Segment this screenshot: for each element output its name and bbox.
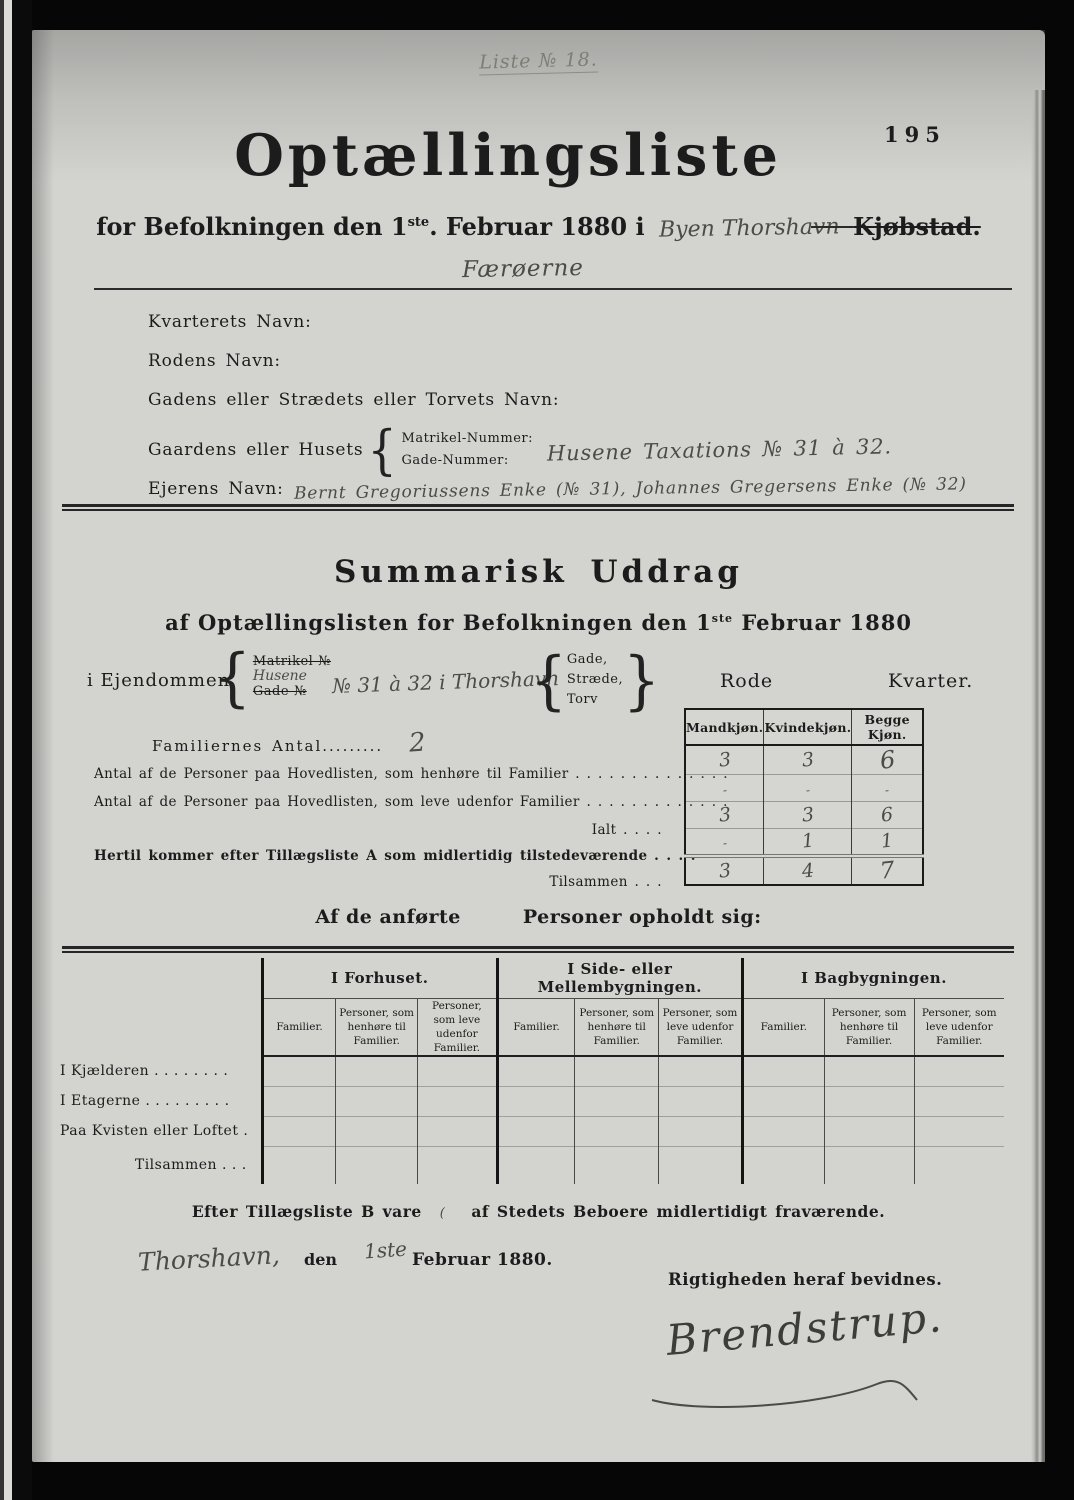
- row-label-etagerne: I Etagerne . . . . . . . . .: [60, 1086, 262, 1116]
- handwritten-value: 3: [718, 803, 732, 826]
- col-mandkjon: Mandkjøn.: [685, 709, 764, 745]
- scan-background: Liste № 18. 195 Optællingsliste for Befo…: [0, 0, 1074, 1500]
- location-subheader-row: Familier. Personer, som henhøre til Fami…: [60, 998, 1004, 1056]
- handwritten-ejendom-value: № 31 à 32 i Thorshavn: [332, 666, 560, 698]
- counts-values-row-tillaegA: - 1 1: [685, 829, 923, 856]
- group-mellembygning: I Side- eller Mellembygningen.: [497, 958, 742, 998]
- matrikel-nummer-label: Matrikel-Nummer:: [402, 428, 533, 450]
- left-brace: {: [214, 645, 251, 709]
- binding-strip-white: [4, 0, 12, 1500]
- struck-kjobstad-label: Kjøbstad.: [853, 212, 981, 241]
- sub-udenfor: Personer, som leve udenfor Familier.: [659, 998, 743, 1056]
- double-rule-2: [62, 946, 1014, 953]
- left-brace: {: [530, 648, 567, 712]
- signature-flourish: [642, 1288, 942, 1418]
- handwritten-dash: -: [722, 836, 728, 850]
- location-row-kvisten: Paa Kvisten eller Loftet .: [60, 1116, 1004, 1146]
- counts-header-row: Mandkjøn. Kvindekjøn. Begge Kjøn.: [685, 709, 923, 745]
- handwritten-family-count: 2: [408, 727, 429, 758]
- gaardens-husets-field: Gaardens eller Husets { Matrikel-Nummer:…: [148, 427, 988, 473]
- counts-row-label-tillaegA: Hertil kommer efter Tillægsliste A som m…: [94, 848, 696, 864]
- right-brace: }: [623, 648, 660, 712]
- counts-values-row-ialt: 3 3 6: [685, 802, 923, 829]
- matrikel-brace-group: { Matrikel-№ Husene Gade-№: [214, 648, 331, 706]
- signature-block: Brendstrup.: [642, 1288, 942, 1418]
- page-title: Optællingsliste: [32, 122, 984, 189]
- rodens-navn-field: Rodens Navn:: [148, 351, 988, 371]
- group-forhuset: I Forhuset.: [262, 958, 497, 998]
- handwritten-place: Byen Thorshavn: [658, 214, 839, 242]
- counts-values-row-1: 3 3 6: [685, 745, 923, 775]
- ejerens-label: Ejerens Navn:: [148, 479, 284, 499]
- row-label-kvisten: Paa Kvisten eller Loftet .: [60, 1116, 262, 1146]
- form-fields: Kvarterets Navn: Rodens Navn: Gadens ell…: [148, 312, 988, 499]
- subtitle-printed: for Befolkningen den 1ste. Februar 1880 …: [96, 212, 644, 241]
- sub-familier: Familier.: [497, 998, 575, 1056]
- sub-udenfor: Personer, som leve udenfor Familier.: [914, 998, 1004, 1056]
- handwritten-dash: -: [722, 783, 728, 797]
- gade-straede-torv-stack: Gade, Stræde, Torv: [567, 650, 623, 710]
- handwritten-value: 1: [880, 830, 894, 853]
- left-brace: {: [363, 424, 401, 477]
- counts-row-label-ialt: Ialt . . . .: [432, 822, 662, 838]
- handwritten-value: 3: [718, 748, 732, 771]
- counts-values-row-tilsammen: 3 4 7: [685, 856, 923, 885]
- gadens-navn-field: Gadens eller Strædets eller Torvets Navn…: [148, 390, 988, 410]
- counts-row-label-2: Antal af de Personer paa Hovedlisten, so…: [94, 794, 728, 810]
- handwritten-value: 3: [718, 859, 732, 882]
- kvarter-label: Kvarter.: [888, 670, 973, 692]
- sub-familier: Familier.: [262, 998, 336, 1056]
- row-label-kjaelderen: I Kjælderen . . . . . . . .: [60, 1056, 262, 1086]
- group-bagbygning: I Bagbygningen.: [742, 958, 1004, 998]
- binding-strip-black: [12, 0, 32, 1500]
- handwritten-list-number: Liste № 18.: [32, 37, 1045, 86]
- handwritten-value: 6: [880, 803, 894, 826]
- date-printed: Februar 1880.: [412, 1250, 553, 1270]
- matrikel-gade-stack: Matrikel-№ Husene Gade-№: [253, 654, 331, 700]
- struck-gade-no: Gade-№: [253, 684, 331, 700]
- location-row-tilsammen: Tilsammen . . .: [60, 1146, 1004, 1184]
- tillaegsliste-b-line: Efter Tillægsliste B vare(af Stedets Beb…: [32, 1202, 1045, 1221]
- row-label-tilsammen: Tilsammen . . .: [60, 1146, 262, 1184]
- handwritten-value: 3: [801, 803, 815, 826]
- col-beggekjon: Begge Kjøn.: [852, 709, 923, 745]
- handwritten-dash: -: [884, 783, 890, 797]
- col-kvindekjon: Kvindekjøn.: [764, 709, 852, 745]
- handwritten-date-day: 1ste: [363, 1237, 407, 1264]
- sub-henhore: Personer, som henhøre til Familier.: [336, 998, 418, 1056]
- handwritten-faroe: Færøerne: [462, 255, 584, 283]
- opholdt-heading: Af de anførte Personer opholdt sig:: [32, 906, 1045, 928]
- handwritten-house-numbers: Husene Taxations № 31 à 32.: [547, 434, 892, 465]
- counts-summary-section: Familiernes Antal.........2 Antal af de …: [32, 706, 1045, 906]
- location-row-kjaelderen: I Kjælderen . . . . . . . .: [60, 1056, 1004, 1086]
- ejerens-navn-field: Ejerens Navn: Bernt Gregoriussens Enke (…: [148, 479, 988, 499]
- summary-heading: Summarisk Uddrag: [32, 554, 1045, 590]
- sub-henhore: Personer, som henhøre til Familier.: [575, 998, 659, 1056]
- gade-straede-torv-group: { Gade, Stræde, Torv }: [530, 650, 660, 710]
- attestation-label: Rigtigheden heraf bevidnes.: [668, 1270, 942, 1289]
- nummer-labels: Matrikel-Nummer: Gade-Nummer:: [402, 428, 533, 472]
- double-rule-1: [62, 504, 1014, 511]
- gaardens-label: Gaardens eller Husets: [148, 440, 363, 460]
- sub-henhore: Personer, som henhøre til Familier.: [824, 998, 914, 1056]
- gade-nummer-label: Gade-Nummer:: [402, 450, 533, 472]
- counts-table: Mandkjøn. Kvindekjøn. Begge Kjøn. 3 3 6 …: [684, 708, 924, 886]
- handwritten-value: 6: [878, 745, 896, 774]
- handwritten-value: 3: [801, 748, 815, 771]
- counts-row-label-1: Antal af de Personer paa Hovedlisten, so…: [94, 766, 728, 782]
- location-table: I Forhuset. I Side- eller Mellembygninge…: [60, 958, 1004, 1184]
- handwritten-value: 1: [801, 830, 815, 853]
- handwritten-dash: -: [805, 783, 811, 797]
- handwritten-value: 4: [801, 859, 815, 882]
- summary-subheading: af Optællingslisten for Befolkningen den…: [32, 610, 1045, 635]
- sub-udenfor: Personer, som leve udenfor Familier.: [418, 998, 498, 1056]
- sub-familier: Familier.: [742, 998, 824, 1056]
- counts-row-label-tilsammen: Tilsammen . . .: [432, 874, 662, 890]
- familiernes-antal-row: Familiernes Antal.........2: [152, 728, 428, 758]
- rode-label: Rode: [720, 670, 773, 692]
- den-label: den: [304, 1250, 337, 1269]
- location-group-header-row: I Forhuset. I Side- eller Mellembygninge…: [60, 958, 1004, 998]
- horizontal-rule-top: [94, 288, 1012, 290]
- handwritten-mark: (: [422, 1206, 472, 1221]
- handwritten-value: 7: [879, 857, 896, 884]
- location-row-etagerne: I Etagerne . . . . . . . . .: [60, 1086, 1004, 1116]
- counts-values-row-2: - - -: [685, 775, 923, 802]
- ejendommen-label: i Ejendommen: [87, 670, 230, 691]
- subtitle-row: for Befolkningen den 1ste. Februar 1880 …: [32, 212, 1045, 241]
- handwritten-date-place: Thorshavn,: [137, 1240, 280, 1276]
- kvarterets-navn-field: Kvarterets Navn:: [148, 312, 988, 332]
- document-page: Liste № 18. 195 Optællingsliste for Befo…: [32, 30, 1045, 1462]
